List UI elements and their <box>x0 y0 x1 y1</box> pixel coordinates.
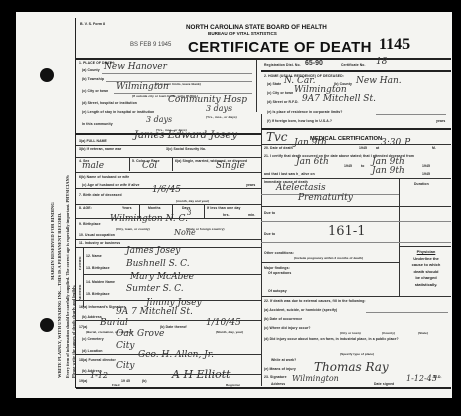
death-certificate-form: B. V. S. Form 8 NORTH CAROLINA STATE BOA… <box>75 18 451 388</box>
cemetery-value: Oak Grove <box>116 329 164 339</box>
spouse-age-unit: years <box>246 183 255 187</box>
form-id: B. V. S. Form 8 <box>80 22 105 26</box>
funeral-director-value: Geo. H. Allen, Jr. <box>138 350 214 360</box>
location-value: City <box>116 341 134 351</box>
county-label: (a) County <box>82 68 100 72</box>
cert-no-label: Certificate No. <box>341 63 366 67</box>
death-year: 1945 <box>359 146 367 150</box>
cert-no-value: 18 <box>376 57 387 67</box>
father-birthplace-label: 13. Birthplace <box>86 266 110 270</box>
attended-to-label: to <box>361 164 364 168</box>
cause2-value: Prematurity <box>298 193 353 203</box>
marital-value: Single <box>216 161 245 171</box>
birthplace-label: 9. Birthplace <box>79 222 101 226</box>
race-value: Col <box>142 161 157 171</box>
birth-date-label: 7. Birth date of deceased <box>79 193 122 197</box>
age-less-day-label: If less than one day <box>207 206 240 210</box>
spouse-label: 6(b) Name of husband or wife <box>79 175 129 179</box>
cause-value: Atelectasis <box>276 183 326 193</box>
father-tag: FATHER <box>78 256 82 270</box>
means-of-injury-label: (e) Means of injury <box>264 367 296 371</box>
cause-code: 161-1 <box>328 224 365 239</box>
res-street-value: 9A7 Mitchell St. <box>302 94 376 104</box>
res-limits-label: (e) Is place of residence in corporate l… <box>267 110 342 114</box>
burial-date-value: 1/10/45 <box>206 318 241 328</box>
physician-box-line: statistically. <box>402 282 450 289</box>
date-signed-value: 1-12-45 <box>406 374 437 383</box>
birthplace-note-city: (City, town, or county) <box>116 227 150 231</box>
age-min-label: min. <box>248 213 255 217</box>
operations-label: Of operations <box>268 271 291 275</box>
received-stamp: BS FEB 9 1945 <box>130 42 171 48</box>
cemetery-label: (c) Cemetery <box>82 337 104 341</box>
external-causes-label: 22. If death was due to external causes,… <box>264 299 366 303</box>
injury-place-label: (c) Where did injury occur? <box>264 326 311 330</box>
funeral-director-label: 18(a) Funeral director <box>79 358 116 362</box>
date-signed-label: Date signed <box>374 382 394 386</box>
filed-year: 19 45 <box>121 379 130 383</box>
death-city-value: Wilmington <box>116 82 169 92</box>
reg-dist-label: Registration Dist. No. <box>264 63 301 67</box>
last-seen-text: and that I last saw h_ alive on <box>264 172 315 176</box>
mother-birthplace-value: Sumter S. C. <box>126 284 184 294</box>
death-time-label: at <box>376 146 379 150</box>
sex-value: male <box>82 161 104 171</box>
mother-tag: MOTHER <box>78 285 82 300</box>
age-label: 8. AGE: <box>79 206 92 210</box>
ss-label: 3(c) Social Security No. <box>166 147 206 151</box>
occupation-value: None <box>174 228 196 237</box>
certificate-page: MARGIN RESERVED FOR BINDING WRITE PLAINL… <box>16 12 452 398</box>
binding-margin: MARGIN RESERVED FOR BINDING WRITE PLAINL… <box>16 12 74 398</box>
death-time-value: 3:30 P <box>381 138 410 148</box>
mother-birthplace-label: 15. Birthplace <box>86 292 110 296</box>
other-conditions-label: Other conditions: <box>264 251 294 255</box>
disposal-label: 17(a) <box>79 325 87 329</box>
bureau-title: BUREAU OF VITAL STATISTICS <box>208 31 277 36</box>
other-conditions-note: (Include pregnancy within 3 months of de… <box>294 256 363 260</box>
filed-date-value: 1-12 <box>90 371 108 380</box>
father-name-value: James Josey <box>126 246 180 256</box>
physician-instructions: Physician Underline the cause to which d… <box>402 249 450 288</box>
age-hrs-label: hrs. <box>223 213 230 217</box>
age-years-label: Years <box>122 206 132 210</box>
hospital-label: (d) Street, hospital or institution <box>82 101 137 105</box>
reg-dist-value: 65-90 <box>305 60 323 67</box>
certify-text: 21. I certify that death occurred on the… <box>264 154 449 158</box>
full-name-value: James Edward Josey <box>134 130 237 141</box>
injury-city-note: (City or town) <box>340 331 361 335</box>
death-time-unit: M. <box>432 146 436 150</box>
res-state-label: (a) State <box>267 82 281 86</box>
registrar-label: (b) <box>142 379 147 383</box>
injury-type-label: (d) Did injury occur about home, on farm… <box>264 336 449 343</box>
injury-county-note: (County) <box>382 331 395 335</box>
punch-hole <box>40 318 54 332</box>
certificate-number: 1145 <box>379 36 410 54</box>
res-street-label: (d) Street or R.F.D. <box>267 100 299 104</box>
informant-address-label: (b) Address <box>82 315 102 319</box>
father-name-label: 12. Name <box>86 254 102 258</box>
occupation-label: 10. Usual occupation <box>79 233 115 237</box>
occurrence-date-label: (b) Date of occurrence <box>264 317 302 321</box>
attended-to-year: 1945 <box>422 164 430 168</box>
spouse-age-label: (c) Age of husband or wife if alive <box>82 183 139 187</box>
res-city-label: (c) City or town <box>267 91 293 95</box>
physician-address-label: Address <box>271 382 285 386</box>
veteran-label: 3(b) If veteran, name war <box>79 147 121 151</box>
margin-note-info: Every item of information should be care… <box>65 175 70 378</box>
community-label: In this community <box>82 122 113 126</box>
industry-label: 11. Industry or business <box>79 241 120 245</box>
physician-address-value: Wilmington <box>292 374 339 383</box>
full-name-label: 3(a) FULL NAME <box>79 139 107 143</box>
due-to-1-label: Due to <box>264 211 275 215</box>
birth-date-note: (month, day and year) <box>176 199 209 203</box>
attended-from-year: 1945 <box>344 164 352 168</box>
board-title: NORTH CAROLINA STATE BOARD OF HEALTH <box>186 24 327 31</box>
res-foreign-label: (f) If foreign born, how long in U.S.A.? <box>267 119 332 123</box>
last-seen-year: 1945 <box>422 172 430 176</box>
attended-from-value: Jan 6th <box>296 157 329 167</box>
res-county-value: New Han. <box>356 76 402 86</box>
stay-value: 3 days <box>206 104 232 113</box>
location-label: (d) Location <box>82 349 103 353</box>
stay-note: (Yrs., mos., or days) <box>206 115 237 119</box>
registrar-signature: A H Elliott <box>172 368 231 381</box>
duration-label: Duration <box>414 182 429 186</box>
accident-label: (a) Accident, suicide, or homicide (spec… <box>264 308 337 312</box>
while-at-work-label: While at work? <box>271 358 296 362</box>
birth-date-value: 1/6/45 <box>152 185 181 195</box>
birthplace-value: Wilmington N. C. <box>110 214 188 224</box>
director-address-value: City <box>116 361 134 371</box>
community-value: 3 days <box>146 115 172 124</box>
res-foreign-unit: years <box>436 119 445 123</box>
death-county-value: New Hanover <box>104 62 167 72</box>
due-to-2-label: Due to <box>264 232 275 236</box>
city-label: (c) City or town <box>82 89 108 93</box>
injury-type-note: (Specify type of place) <box>340 352 374 356</box>
certificate-title: CERTIFICATE OF DEATH <box>188 39 372 56</box>
death-date-label: 20. Date of death <box>264 146 293 150</box>
coding-mark: Tvc <box>266 130 288 144</box>
township-label: (b) Township <box>82 77 104 81</box>
age-months-label: Months <box>148 206 161 210</box>
physician-signature-label: 23. Signature <box>264 375 287 379</box>
last-seen-value: Jan 9th <box>372 166 405 176</box>
filed-label: 19(a) <box>79 379 87 383</box>
informant-address-value: 9A 7 Mitchell St. <box>116 307 193 317</box>
burial-date-note: (Month, day, year) <box>216 330 243 334</box>
father-birthplace-value: Bushnell S. C. <box>126 259 190 269</box>
death-date-value: Jan 9th <box>294 138 327 148</box>
physician-signature: Thomas Ray <box>314 360 389 374</box>
margin-note-plainly: WRITE PLAINLY, WITH UNFADING INK—THIS IS… <box>57 213 62 378</box>
autopsy-label: Of autopsy <box>268 289 287 293</box>
mother-name-label: 14. Maiden Name <box>86 280 115 284</box>
mother-name-value: Mary McAbee <box>130 272 194 282</box>
disposal-value: Burial <box>100 318 128 328</box>
stay-label: (e) Length of stay in hospital or instit… <box>82 110 154 114</box>
punch-hole <box>40 68 54 82</box>
margin-note-binding: MARGIN RESERVED FOR BINDING <box>50 202 55 280</box>
injury-state-note: (State) <box>418 331 428 335</box>
findings-label: Major findings: <box>264 266 290 270</box>
